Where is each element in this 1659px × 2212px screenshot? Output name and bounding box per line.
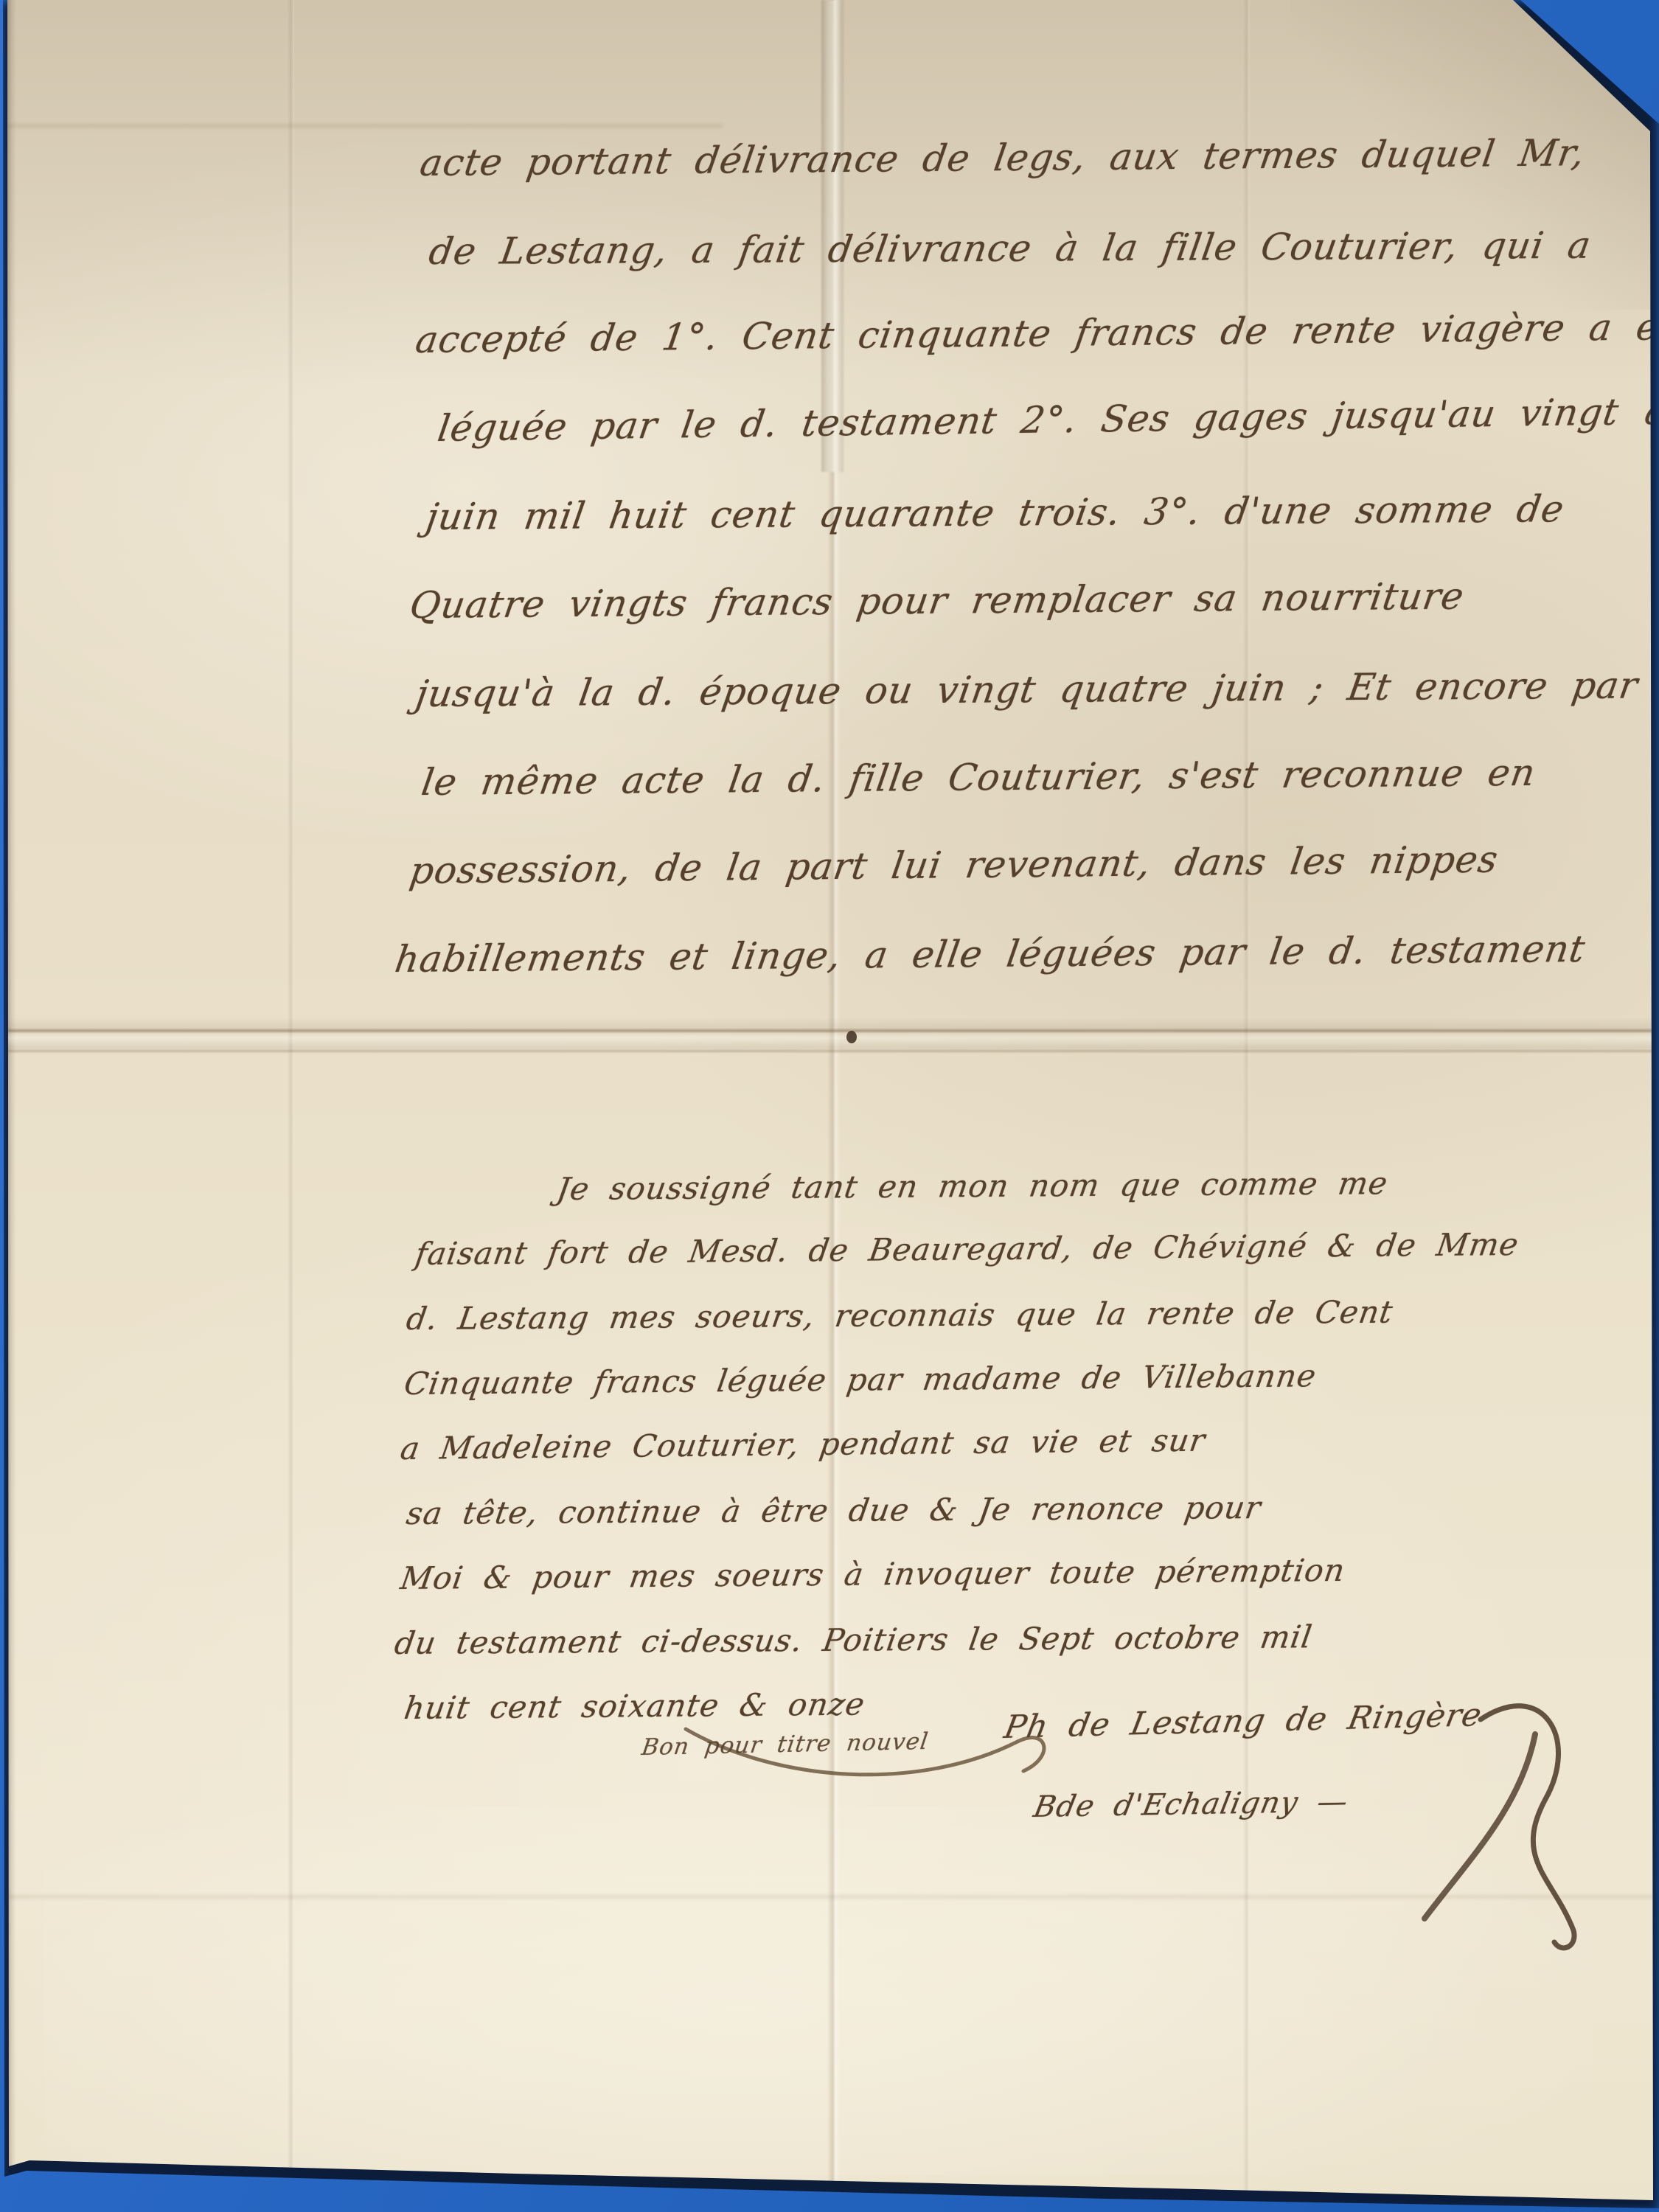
manuscript-line: de Lestang, a fait délivrance à la fille… bbox=[426, 224, 1594, 273]
manuscript-line: acte portant délivrance de legs, aux ter… bbox=[417, 131, 1588, 184]
manuscript-line: faisant fort de Mesd. de Beauregard, de … bbox=[413, 1226, 1521, 1272]
manuscript-line: jusqu'à la d. époque ou vingt quatre jui… bbox=[413, 664, 1641, 715]
manuscript-line: du testament ci-dessus. Poitiers le Sept… bbox=[392, 1618, 1315, 1661]
fold-crease-horizontal-line2 bbox=[0, 1050, 1659, 1052]
signature-secondary: Bde d'Echaligny — bbox=[1031, 1785, 1352, 1824]
manuscript-line: Cinquante francs léguée par madame de Vi… bbox=[402, 1357, 1319, 1402]
manuscript-line: a Madeleine Couturier, pendant sa vie et… bbox=[398, 1422, 1208, 1467]
manuscript-line: Moi & pour mes soeurs à invoquer toute p… bbox=[398, 1552, 1348, 1596]
manuscript-line: habillements et linge, a elle léguées pa… bbox=[392, 928, 1588, 981]
fold-crease-horizontal-top bbox=[0, 124, 723, 128]
manuscript-line: accepté de 1°. Cent cinquante francs de … bbox=[413, 305, 1659, 361]
fold-tear-hole bbox=[846, 1031, 857, 1043]
manuscript-line: Quatre vingts francs pour remplacer sa n… bbox=[407, 575, 1467, 627]
manuscript-line: Je soussigné tant en mon nom que comme m… bbox=[554, 1165, 1391, 1207]
manuscript-line: huit cent soixante & onze bbox=[402, 1686, 868, 1726]
photo-scene: acte portant délivrance de legs, aux ter… bbox=[0, 0, 1659, 2212]
manuscript-line: juin mil huit cent quarante trois. 3°. d… bbox=[423, 487, 1568, 538]
manuscript-line: possession, de la part lui revenant, dan… bbox=[407, 838, 1501, 892]
paper-shading-bottom bbox=[44, 1806, 1593, 2175]
manuscript-line: sa tête, continue à être due & Je renonc… bbox=[404, 1489, 1264, 1531]
manuscript-line: d. Lestang mes soeurs, reconnais que la … bbox=[404, 1294, 1396, 1337]
fold-crease-horizontal-line1 bbox=[0, 1029, 1659, 1032]
bon-pour-annotation: Bon pour titre nouvel bbox=[640, 1728, 931, 1761]
fold-crease-vertical-left bbox=[288, 0, 294, 2212]
signature-main: Ph de Lestang de Ringère bbox=[1001, 1697, 1485, 1746]
fold-crease-horizontal-bottom bbox=[0, 1895, 1659, 1899]
manuscript-line: léguée par le d. testament 2°. Ses gages… bbox=[435, 389, 1659, 450]
fold-crease-horizontal-band bbox=[0, 1018, 1659, 1054]
letter-paper: acte portant délivrance de legs, aux ter… bbox=[0, 0, 1659, 2212]
manuscript-line: le même acte la d. fille Couturier, s'es… bbox=[419, 751, 1539, 804]
